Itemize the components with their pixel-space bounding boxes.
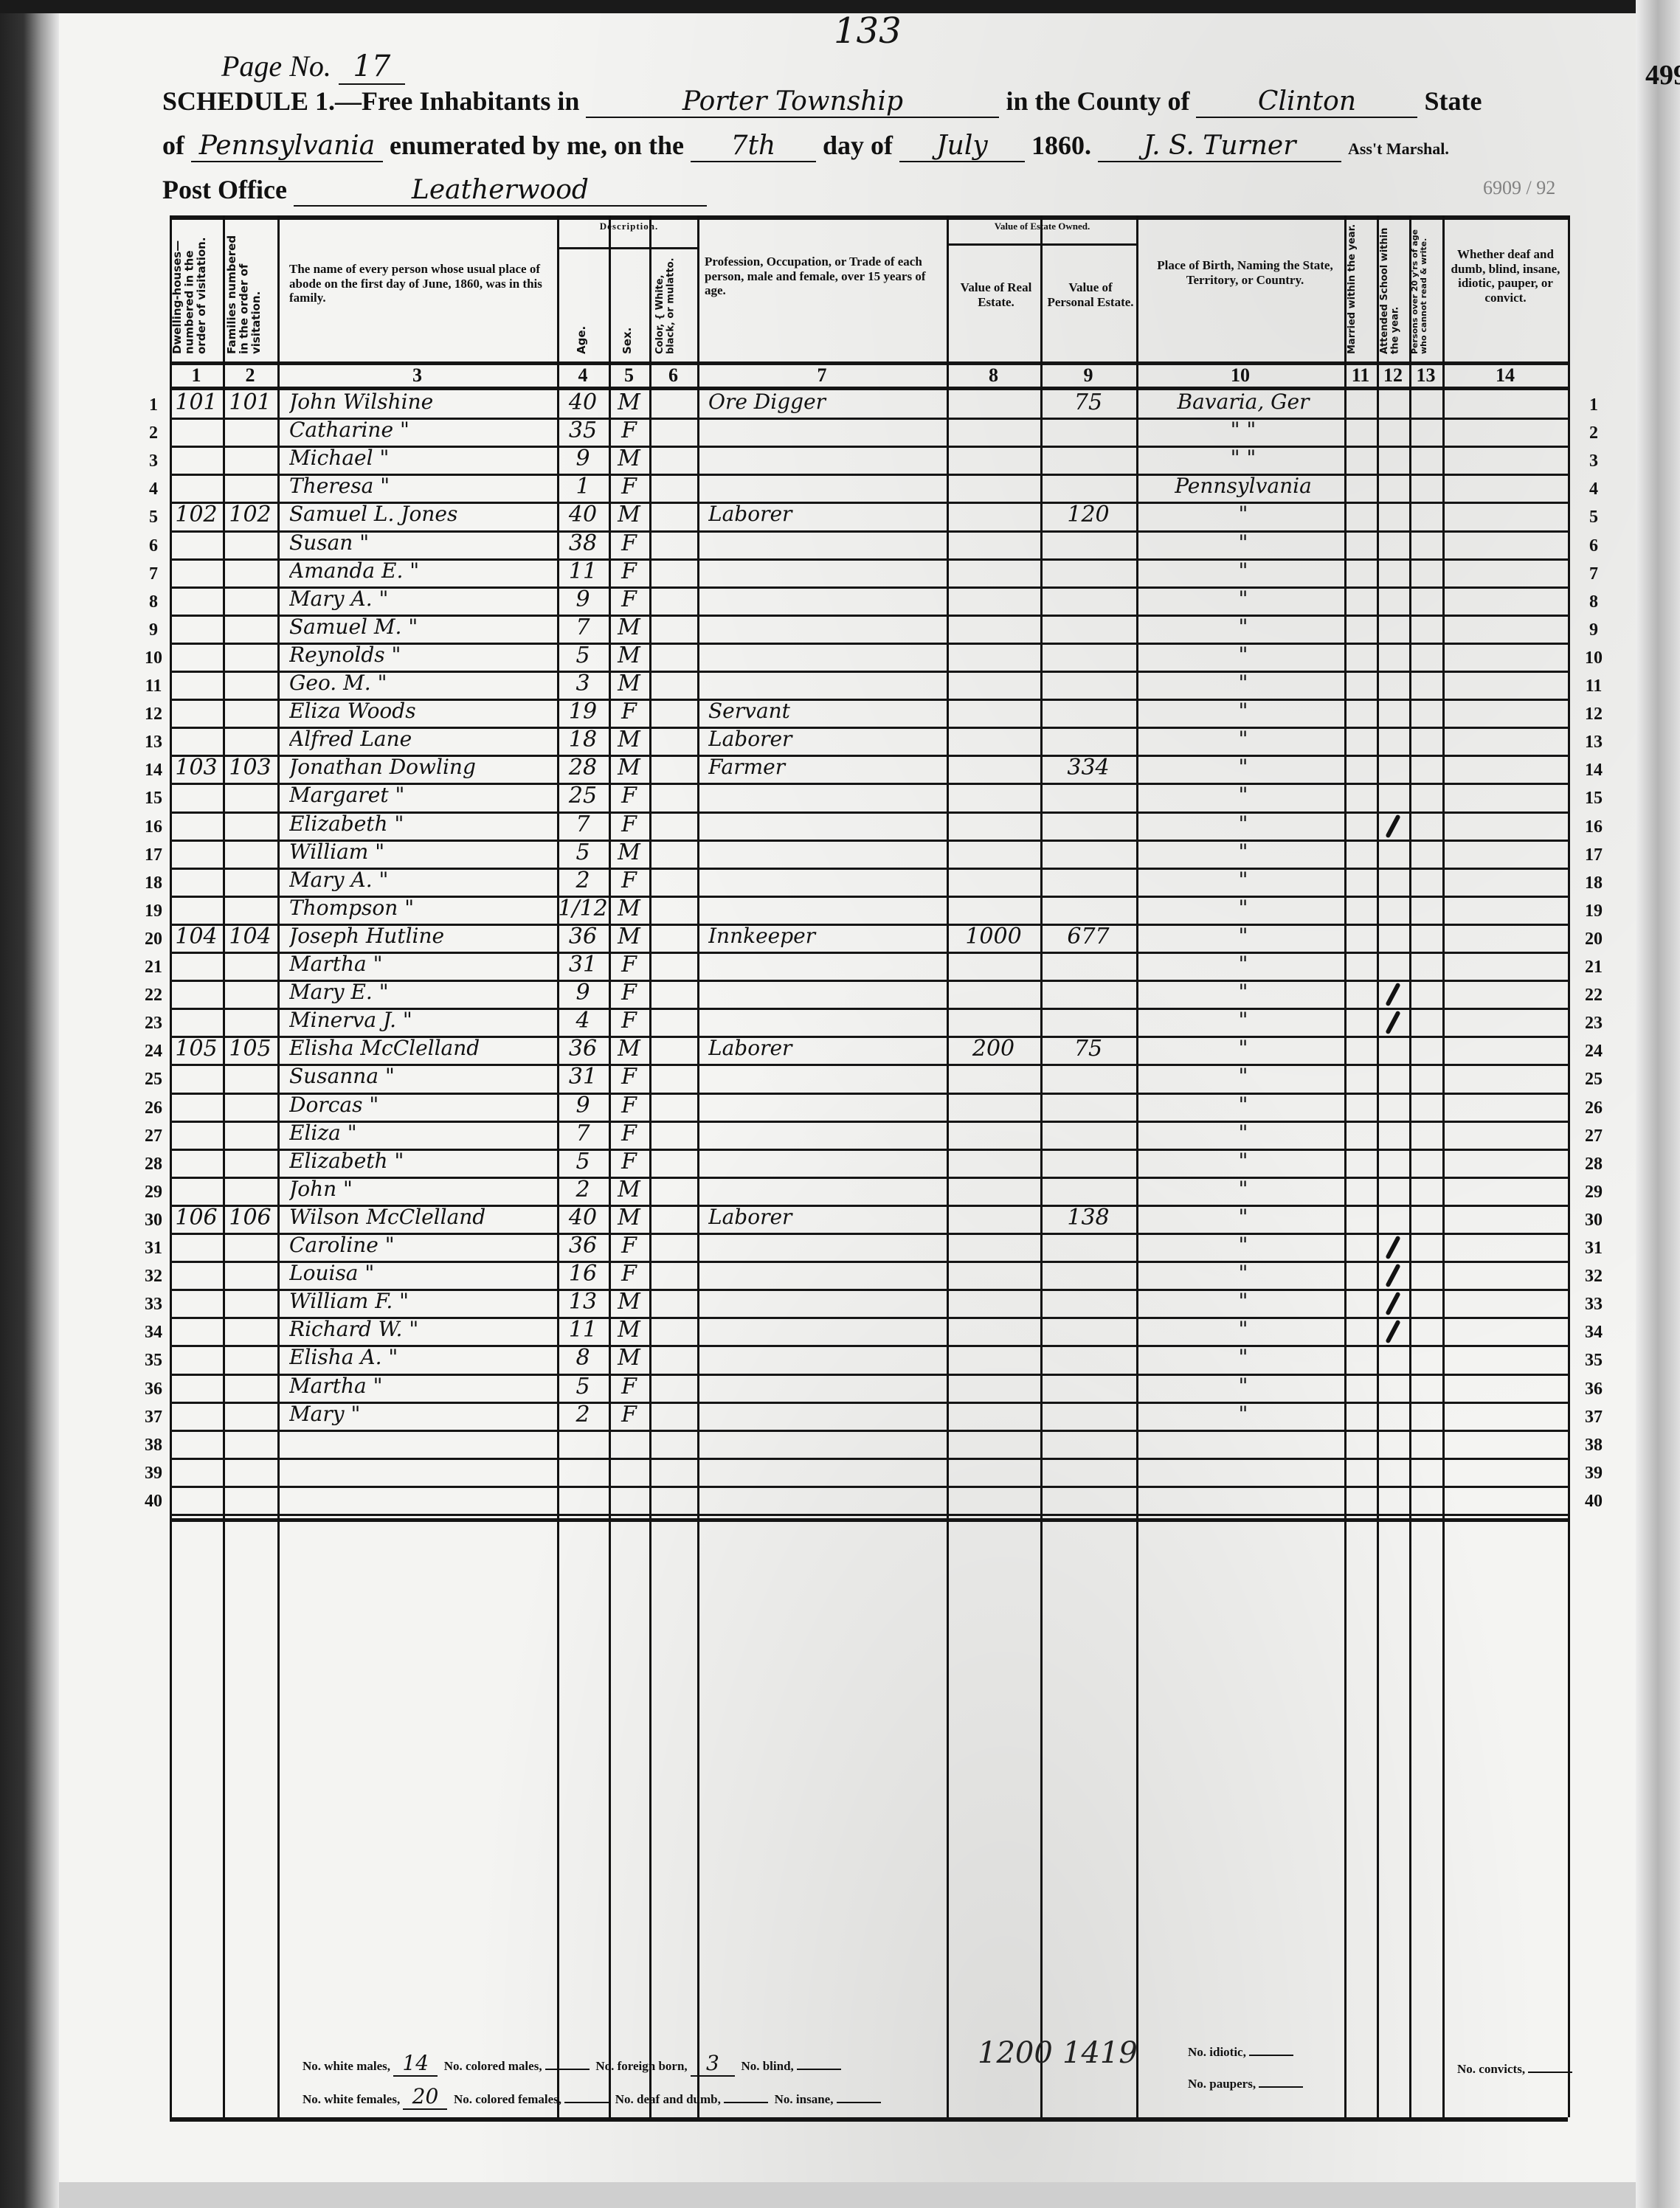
table-bottom-rule bbox=[170, 2117, 1568, 2122]
age: 31 bbox=[557, 1064, 609, 1092]
occupation bbox=[708, 1008, 944, 1036]
family-number bbox=[223, 1121, 277, 1149]
occupation bbox=[708, 1458, 944, 1486]
family-number bbox=[223, 1261, 277, 1289]
column-number: 12 bbox=[1377, 364, 1409, 387]
line-number: 39 bbox=[139, 1464, 168, 1484]
convicts-value bbox=[1528, 2072, 1572, 2073]
dwelling-number bbox=[170, 952, 223, 980]
column-divider bbox=[1568, 215, 1570, 2117]
colored-males-value bbox=[545, 2069, 590, 2070]
occupation bbox=[708, 474, 944, 502]
family-number bbox=[223, 1008, 277, 1036]
real-estate-value bbox=[947, 1289, 1040, 1317]
colored-males-label: No. colored males, bbox=[444, 2059, 542, 2073]
family-number bbox=[223, 1149, 277, 1177]
occupation bbox=[708, 671, 944, 699]
scan-binding-edge bbox=[0, 0, 59, 2208]
sex: M bbox=[609, 727, 649, 755]
personal-estate-value bbox=[1040, 671, 1136, 699]
sex: M bbox=[609, 896, 649, 924]
birthplace: " bbox=[1144, 1064, 1343, 1092]
line-number: 18 bbox=[139, 873, 168, 893]
birthplace bbox=[1144, 1486, 1343, 1514]
column-number: 2 bbox=[223, 364, 277, 387]
blind-value bbox=[797, 2069, 841, 2070]
line-number: 11 bbox=[1579, 676, 1608, 696]
personal-estate-value bbox=[1040, 643, 1136, 671]
age: 28 bbox=[557, 755, 609, 783]
dwelling-number bbox=[170, 643, 223, 671]
personal-estate-value: 677 bbox=[1040, 924, 1136, 952]
column-number: 7 bbox=[697, 364, 947, 387]
dwelling-number bbox=[170, 1374, 223, 1402]
idiotic-label: No. idiotic, bbox=[1188, 2045, 1246, 2059]
line-number: 38 bbox=[1579, 1436, 1608, 1456]
dwelling-number bbox=[170, 727, 223, 755]
personal-estate-value bbox=[1040, 1008, 1136, 1036]
convicts-label: No. convicts, bbox=[1457, 2062, 1525, 2076]
sex: M bbox=[609, 924, 649, 952]
sex: F bbox=[609, 952, 649, 980]
dwelling-number bbox=[170, 1121, 223, 1149]
dwelling-number bbox=[170, 530, 223, 558]
dwelling-number bbox=[170, 1064, 223, 1092]
person-name: Theresa " bbox=[289, 474, 555, 502]
real-estate-value bbox=[947, 755, 1040, 783]
summary-line-2: No. white females, 20 No. colored female… bbox=[303, 2084, 881, 2110]
line-number: 33 bbox=[139, 1295, 168, 1315]
person-name: Margaret " bbox=[289, 783, 555, 811]
sex: F bbox=[609, 1121, 649, 1149]
dwelling-number bbox=[170, 1402, 223, 1430]
real-estate-value: 200 bbox=[947, 1036, 1040, 1064]
column-number: 10 bbox=[1136, 364, 1344, 387]
page-number-label: Page No. bbox=[221, 49, 331, 83]
age: 11 bbox=[557, 1317, 609, 1345]
occupation bbox=[708, 530, 944, 558]
column-number: 1 bbox=[170, 364, 223, 387]
family-number bbox=[223, 1430, 277, 1458]
person-name: Elisha A. " bbox=[289, 1345, 555, 1373]
occupation: Innkeeper bbox=[708, 924, 944, 952]
line-number: 35 bbox=[1579, 1351, 1608, 1371]
line-number: 21 bbox=[139, 958, 168, 977]
line-number: 38 bbox=[139, 1436, 168, 1456]
header-name: The name of every person whose usual pla… bbox=[289, 262, 551, 305]
family-number bbox=[223, 1402, 277, 1430]
dwelling-number bbox=[170, 868, 223, 896]
family-number: 106 bbox=[223, 1205, 277, 1233]
line-number: 22 bbox=[1579, 986, 1608, 1006]
age: 5 bbox=[557, 840, 609, 868]
age: 35 bbox=[557, 418, 609, 446]
deaf-dumb-value bbox=[724, 2102, 768, 2103]
personal-estate-value bbox=[1040, 418, 1136, 446]
real-estate-value bbox=[947, 1121, 1040, 1149]
birthplace: " bbox=[1144, 1036, 1343, 1064]
line-number: 4 bbox=[1579, 480, 1608, 499]
line-number: 5 bbox=[139, 508, 168, 527]
birthplace: " bbox=[1144, 1402, 1343, 1430]
post-office-label: Post Office bbox=[162, 175, 287, 204]
age: 36 bbox=[557, 1036, 609, 1064]
enumeration-line: of Pennsylvania enumerated by me, on the… bbox=[162, 130, 1449, 162]
birthplace: " bbox=[1144, 1121, 1343, 1149]
idiotic-line: No. idiotic, bbox=[1188, 2045, 1293, 2060]
family-number bbox=[223, 1486, 277, 1514]
line-number: 37 bbox=[139, 1408, 168, 1427]
line-number: 8 bbox=[1579, 592, 1608, 612]
real-estate-value bbox=[947, 1402, 1040, 1430]
occupation: Laborer bbox=[708, 1036, 944, 1064]
column-number: 9 bbox=[1040, 364, 1136, 387]
line-number: 16 bbox=[139, 817, 168, 837]
day-value: 7th bbox=[691, 131, 816, 162]
sex: F bbox=[609, 1233, 649, 1261]
personal-estate-value bbox=[1040, 727, 1136, 755]
dwelling-number: 105 bbox=[170, 1036, 223, 1064]
line-number: 15 bbox=[139, 789, 168, 809]
occupation bbox=[708, 1233, 944, 1261]
real-estate-value bbox=[947, 1458, 1040, 1486]
sex: F bbox=[609, 1149, 649, 1177]
real-estate-value bbox=[947, 586, 1040, 615]
line-number: 26 bbox=[139, 1098, 168, 1118]
occupation bbox=[708, 1345, 944, 1373]
column-number: 3 bbox=[277, 364, 557, 387]
family-number bbox=[223, 643, 277, 671]
header-description: Description. bbox=[561, 221, 697, 232]
real-estate-value bbox=[947, 811, 1040, 840]
occupation bbox=[708, 1064, 944, 1092]
sex: F bbox=[609, 558, 649, 586]
occupation bbox=[708, 615, 944, 643]
sex: M bbox=[609, 1177, 649, 1205]
personal-estate-value bbox=[1040, 1317, 1136, 1345]
line-number: 5 bbox=[1579, 508, 1608, 527]
birthplace: " bbox=[1144, 1177, 1343, 1205]
occupation bbox=[708, 418, 944, 446]
person-name: Eliza Woods bbox=[289, 699, 555, 727]
schedule-line: SCHEDULE 1.—Free Inhabitants in Porter T… bbox=[162, 86, 1482, 118]
person-name bbox=[289, 1486, 555, 1514]
dwelling-number: 106 bbox=[170, 1205, 223, 1233]
sex: F bbox=[609, 474, 649, 502]
line-number: 10 bbox=[1579, 648, 1608, 668]
dwelling-number bbox=[170, 896, 223, 924]
line-number: 13 bbox=[139, 733, 168, 752]
dwelling-number: 101 bbox=[170, 390, 223, 418]
birthplace: " bbox=[1144, 1008, 1343, 1036]
real-estate-value bbox=[947, 840, 1040, 868]
line-number: 27 bbox=[139, 1127, 168, 1146]
line-number: 1 bbox=[139, 395, 168, 415]
line-number: 2 bbox=[139, 423, 168, 443]
personal-estate-value: 138 bbox=[1040, 1205, 1136, 1233]
person-name: William F. " bbox=[289, 1289, 555, 1317]
dwelling-number bbox=[170, 1430, 223, 1458]
real-estate-value bbox=[947, 390, 1040, 418]
column-number: 11 bbox=[1344, 364, 1377, 387]
sex: F bbox=[609, 1402, 649, 1430]
line-number: 40 bbox=[139, 1492, 168, 1512]
header-disability: Whether deaf and dumb, blind, insane, id… bbox=[1445, 247, 1566, 305]
dwelling-number bbox=[170, 1149, 223, 1177]
sex: M bbox=[609, 1289, 649, 1317]
family-number bbox=[223, 1064, 277, 1092]
line-number: 24 bbox=[139, 1042, 168, 1062]
person-name: William " bbox=[289, 840, 555, 868]
line-number: 16 bbox=[1579, 817, 1608, 837]
real-estate-value bbox=[947, 418, 1040, 446]
real-estate-value bbox=[947, 727, 1040, 755]
sex: F bbox=[609, 811, 649, 840]
person-name: Jonathan Dowling bbox=[289, 755, 555, 783]
post-office-line: Post Office Leatherwood bbox=[162, 174, 707, 207]
real-estate-value bbox=[947, 1008, 1040, 1036]
real-estate-value bbox=[947, 558, 1040, 586]
person-name: Wilson McClelland bbox=[289, 1205, 555, 1233]
sex bbox=[609, 1458, 649, 1486]
occupation bbox=[708, 1121, 944, 1149]
age: 5 bbox=[557, 1374, 609, 1402]
person-name: Joseph Hutline bbox=[289, 924, 555, 952]
colored-females-value bbox=[564, 2102, 609, 2103]
schedule-title: SCHEDULE 1.—Free Inhabitants in bbox=[162, 86, 579, 116]
line-number: 25 bbox=[139, 1070, 168, 1090]
birthplace: " bbox=[1144, 1149, 1343, 1177]
line-number: 10 bbox=[139, 648, 168, 668]
real-estate-value bbox=[947, 1093, 1040, 1121]
row-divider bbox=[170, 1514, 1568, 1516]
birthplace: " bbox=[1144, 643, 1343, 671]
birthplace: " " bbox=[1144, 418, 1343, 446]
month-value: July bbox=[899, 131, 1025, 162]
age: 2 bbox=[557, 1402, 609, 1430]
sex: M bbox=[609, 446, 649, 474]
real-estate-value bbox=[947, 1064, 1040, 1092]
personal-estate-value: 75 bbox=[1040, 390, 1136, 418]
person-name: Reynolds " bbox=[289, 643, 555, 671]
convicts-line: No. convicts, bbox=[1457, 2062, 1572, 2077]
line-number: 7 bbox=[139, 564, 168, 584]
sex: M bbox=[609, 1317, 649, 1345]
family-number bbox=[223, 1458, 277, 1486]
personal-estate-value bbox=[1040, 586, 1136, 615]
column-divider bbox=[277, 215, 280, 2117]
line-number: 27 bbox=[1579, 1127, 1608, 1146]
occupation bbox=[708, 1261, 944, 1289]
personal-estate-value bbox=[1040, 1486, 1136, 1514]
personal-estate-value bbox=[1040, 1177, 1136, 1205]
occupation bbox=[708, 586, 944, 615]
person-name: Richard W. " bbox=[289, 1317, 555, 1345]
person-name: Elisha McClelland bbox=[289, 1036, 555, 1064]
real-estate-value bbox=[947, 643, 1040, 671]
person-name: Catharine " bbox=[289, 418, 555, 446]
age: 1 bbox=[557, 474, 609, 502]
age: 7 bbox=[557, 1121, 609, 1149]
line-number: 29 bbox=[139, 1183, 168, 1202]
personal-estate-value bbox=[1040, 474, 1136, 502]
age: 19 bbox=[557, 699, 609, 727]
occupation bbox=[708, 811, 944, 840]
column-number: 8 bbox=[947, 364, 1040, 387]
sex: F bbox=[609, 783, 649, 811]
dwelling-number bbox=[170, 671, 223, 699]
line-number: 14 bbox=[1579, 761, 1608, 781]
header-estate: Value of Estate Owned. bbox=[948, 221, 1136, 232]
birthplace bbox=[1144, 1458, 1343, 1486]
personal-estate-total: 1419 bbox=[1062, 2036, 1138, 2070]
personal-estate-value bbox=[1040, 1345, 1136, 1373]
line-number: 3 bbox=[139, 451, 168, 471]
paupers-value bbox=[1259, 2086, 1303, 2088]
person-name: Minerva J. " bbox=[289, 1008, 555, 1036]
real-estate-value bbox=[947, 1177, 1040, 1205]
scan-right-edge bbox=[1636, 0, 1680, 2208]
line-number: 39 bbox=[1579, 1464, 1608, 1484]
archive-stamp: 6909 / 92 bbox=[1483, 177, 1555, 199]
real-estate-value bbox=[947, 1205, 1040, 1233]
day-of-label: day of bbox=[823, 131, 893, 160]
dwelling-number: 104 bbox=[170, 924, 223, 952]
personal-estate-value bbox=[1040, 530, 1136, 558]
blind-label: No. blind, bbox=[741, 2059, 793, 2073]
line-number: 36 bbox=[139, 1380, 168, 1399]
sex: F bbox=[609, 1008, 649, 1036]
family-number: 104 bbox=[223, 924, 277, 952]
sex: M bbox=[609, 643, 649, 671]
birthplace: " bbox=[1144, 811, 1343, 840]
line-number: 34 bbox=[1579, 1323, 1608, 1343]
line-number: 8 bbox=[139, 592, 168, 612]
family-number bbox=[223, 586, 277, 615]
family-number bbox=[223, 530, 277, 558]
line-number: 23 bbox=[139, 1014, 168, 1034]
colored-females-label: No. colored females, bbox=[454, 2092, 561, 2106]
paupers-label: No. paupers, bbox=[1188, 2077, 1256, 2091]
real-estate-value bbox=[947, 980, 1040, 1008]
real-estate-value bbox=[947, 783, 1040, 811]
dwelling-number: 103 bbox=[170, 755, 223, 783]
occupation bbox=[708, 446, 944, 474]
family-number bbox=[223, 474, 277, 502]
column-number: 4 bbox=[557, 364, 609, 387]
of-label: of bbox=[162, 131, 184, 160]
line-number: 40 bbox=[1579, 1492, 1608, 1512]
insane-value bbox=[837, 2102, 881, 2103]
line-number: 9 bbox=[139, 620, 168, 640]
white-females-label: No. white females, bbox=[303, 2092, 400, 2106]
birthplace: " bbox=[1144, 755, 1343, 783]
dwelling-number bbox=[170, 1008, 223, 1036]
age: 5 bbox=[557, 1149, 609, 1177]
birthplace: " bbox=[1144, 1205, 1343, 1233]
family-number: 105 bbox=[223, 1036, 277, 1064]
personal-estate-value bbox=[1040, 980, 1136, 1008]
birthplace: " bbox=[1144, 530, 1343, 558]
dwelling-number bbox=[170, 1261, 223, 1289]
personal-estate-value bbox=[1040, 446, 1136, 474]
occupation: Ore Digger bbox=[708, 390, 944, 418]
person-name: Mary E. " bbox=[289, 980, 555, 1008]
line-number: 30 bbox=[1579, 1211, 1608, 1231]
age bbox=[557, 1486, 609, 1514]
occupation bbox=[708, 1149, 944, 1177]
occupation bbox=[708, 1317, 944, 1345]
real-estate-value bbox=[947, 699, 1040, 727]
column-divider bbox=[697, 215, 699, 2117]
column-number: 13 bbox=[1409, 364, 1442, 387]
line-number: 29 bbox=[1579, 1183, 1608, 1202]
person-name: Elizabeth " bbox=[289, 1149, 555, 1177]
occupation bbox=[708, 1430, 944, 1458]
age: 9 bbox=[557, 1093, 609, 1121]
dwelling-number bbox=[170, 1458, 223, 1486]
birthplace: " bbox=[1144, 1317, 1343, 1345]
personal-estate-value bbox=[1040, 811, 1136, 840]
birthplace: " bbox=[1144, 558, 1343, 586]
header-married: Married within the year. bbox=[1347, 221, 1375, 354]
family-number bbox=[223, 1374, 277, 1402]
sex bbox=[609, 1430, 649, 1458]
birthplace: " bbox=[1144, 671, 1343, 699]
line-number: 17 bbox=[1579, 845, 1608, 865]
age: 36 bbox=[557, 924, 609, 952]
age: 40 bbox=[557, 390, 609, 418]
birthplace: " bbox=[1144, 1374, 1343, 1402]
line-number: 26 bbox=[1579, 1098, 1608, 1118]
person-name: Eliza " bbox=[289, 1121, 555, 1149]
birthplace: " " bbox=[1144, 446, 1343, 474]
person-name: Dorcas " bbox=[289, 1093, 555, 1121]
line-number: 31 bbox=[1579, 1239, 1608, 1259]
column-divider bbox=[1409, 215, 1411, 2117]
line-number: 32 bbox=[1579, 1267, 1608, 1287]
post-office-value: Leatherwood bbox=[294, 175, 707, 207]
real-estate-value bbox=[947, 615, 1040, 643]
birthplace: " bbox=[1144, 1289, 1343, 1317]
line-number: 34 bbox=[139, 1323, 168, 1343]
header-occupation: Profession, Occupation, or Trade of each… bbox=[705, 255, 941, 298]
line-number: 25 bbox=[1579, 1070, 1608, 1090]
personal-estate-value bbox=[1040, 840, 1136, 868]
family-number bbox=[223, 699, 277, 727]
sex: F bbox=[609, 1093, 649, 1121]
person-name: Samuel L. Jones bbox=[289, 502, 555, 530]
personal-estate-value bbox=[1040, 896, 1136, 924]
family-number bbox=[223, 418, 277, 446]
age: 3 bbox=[557, 671, 609, 699]
white-males-label: No. white males, bbox=[303, 2059, 390, 2073]
dwelling-number bbox=[170, 699, 223, 727]
occupation bbox=[708, 783, 944, 811]
person-name: Samuel M. " bbox=[289, 615, 555, 643]
person-name: Mary A. " bbox=[289, 868, 555, 896]
birthplace: " bbox=[1144, 840, 1343, 868]
occupation bbox=[708, 1374, 944, 1402]
occupation bbox=[708, 1093, 944, 1121]
summary-line-1: No. white males, 14 No. colored males, N… bbox=[303, 2051, 841, 2077]
person-name: Thompson " bbox=[289, 896, 555, 924]
header-illiterate: Persons over 20 y'rs of age who cannot r… bbox=[1411, 221, 1439, 354]
real-estate-value bbox=[947, 530, 1040, 558]
township-value: Porter Township bbox=[586, 86, 999, 118]
person-name bbox=[289, 1430, 555, 1458]
personal-estate-value bbox=[1040, 1374, 1136, 1402]
